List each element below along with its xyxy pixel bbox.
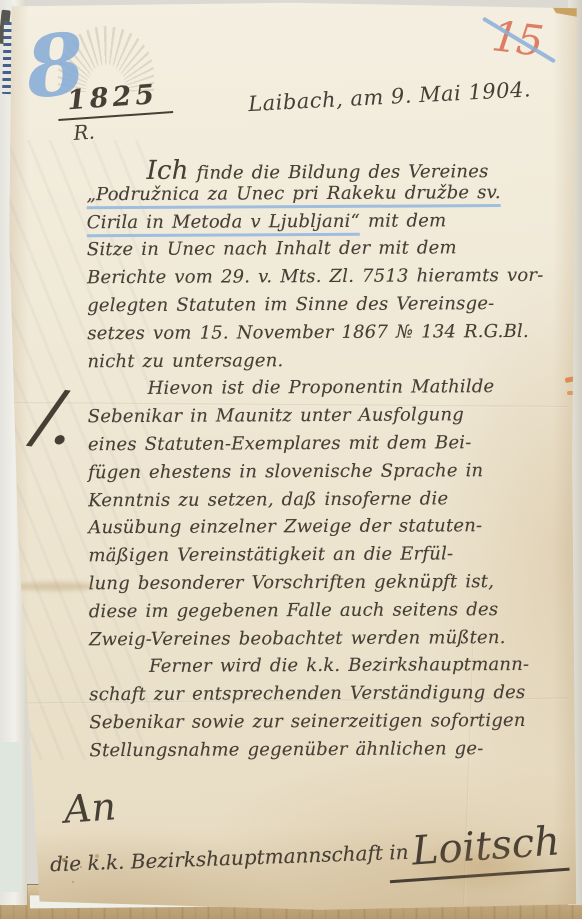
body-line: Sebenikar in Maunitz unter Ausfolgung [88,404,556,434]
body-line: Ausübung einzelner Zweige der statuten- [88,515,556,545]
body-line: eines Statuten-Exemplares mit dem Bei- [88,432,556,462]
document-paper: 8 1825 R. Laibach, am 9. Mai 1904. 15 /.… [0,0,582,919]
manuscript-text: setzes vom 15. November 1867 № 134 R.G.B… [87,321,529,344]
body-line: Ferner wird die k.k. Bezirkshauptmann- [89,654,557,684]
address-salutation: An [63,784,118,832]
manuscript-text: Stellungsnahme gegenüber ähnlichen ge- [89,738,483,761]
manuscript-text: Berichte vom 29. v. Mts. Zl. 7513 hieram… [87,265,544,288]
body-line: „Podružnica za Unec pri Rakeku družbe sv… [87,182,555,212]
body-line: mäßigen Vereinstätigkeit an die Erfül- [88,543,556,573]
manuscript-text: Hievon ist die Proponentin Mathilde [148,376,495,399]
manuscript-text: nicht zu untersagen. [87,350,283,372]
underlined-text: „Podružnica za Unec pri Rakeku družbe sv… [87,182,501,209]
body-line: gelegten Statuten im Sinne des Vereinsge… [87,293,555,323]
manuscript-text: Ferner wird die k.k. Bezirkshauptmann- [149,654,529,677]
body-line: Hievon ist die Proponentin Mathilde [88,376,556,406]
body-line: Sitze in Unec nach Inhalt der mit dem [87,237,555,267]
manuscript-text: Sebenikar in Maunitz unter Ausfolgung [88,404,464,427]
manuscript-text: mäßigen Vereinstätigkeit an die Erfül- [88,543,453,566]
body-line: Zweig-Vereines beobachtet werden müßten. [89,626,557,656]
underlined-text: Cirila in Metoda v Ljubljani“ [87,210,360,236]
dateline: Laibach, am 9. Mai 1904. [248,76,559,116]
manuscript-text: lung besonderer Vorschriften geknüpft is… [89,571,495,594]
body-line: nicht zu untersagen. [87,348,555,378]
paper-stain [14,582,96,591]
body-line: Cirila in Metoda v Ljubljani“ mit dem [87,209,555,239]
manuscript-text: mit dem [360,210,446,231]
document-photo: 8 1825 R. Laibach, am 9. Mai 1904. 15 /.… [0,0,582,919]
body-line: Stellungsnahme gegenüber ähnlichen ge- [89,738,557,768]
body-line: Kenntnis zu setzen, daß insoferne die [88,487,556,517]
underlying-page-edge [0,742,22,892]
address-place: Loitsch [386,818,569,883]
manuscript-text: schaft zur entsprechenden Verständigung … [89,682,525,705]
manuscript-text: Sitze in Unec nach Inhalt der mit dem [87,238,457,261]
manuscript-text: finde die Bildung des Vereines [189,161,489,184]
manuscript-text: diese im gegebenen Falle auch seitens de… [89,599,499,622]
manuscript-text: Kenntnis zu setzen, daß insoferne die [88,488,448,511]
manuscript-text: Zweig-Vereines beobachtet werden müßten. [89,627,506,650]
body-line: setzes vom 15. November 1867 № 134 R.G.B… [87,321,555,351]
address-recipient: die k.k. Bezirkshauptmannschaft in [50,840,411,877]
body-line: lung besonderer Vorschriften geknüpft is… [89,571,557,601]
manuscript-text: Ich [146,156,188,186]
body-line: diese im gegebenen Falle auch seitens de… [89,599,557,629]
body-line: fügen ehestens in slovenische Sprache in [88,460,556,490]
manuscript-text: gelegten Statuten im Sinne des Vereinsge… [87,293,494,316]
body-lines: Ich finde die Bildung des Vereines„Podru… [86,154,557,768]
body-line: Sebenikar sowie zur seinerzeitigen sofor… [89,710,557,740]
manuscript-text: Sebenikar sowie zur seinerzeitigen sofor… [89,710,525,733]
manuscript-text: eines Statuten-Exemplares mit dem Bei- [88,432,472,455]
registry-number-block: 1825 R. [56,78,175,146]
manuscript-text: Ausübung einzelner Zweige der statuten- [88,516,482,539]
body-line: Ich finde die Bildung des Vereines [86,154,554,184]
manuscript-text: fügen ehestens in slovenische Sprache in [88,460,483,483]
margin-reference-mark: /. [31,378,69,455]
body-line: schaft zur entsprechenden Verständigung … [89,682,557,712]
body-line: Berichte vom 29. v. Mts. Zl. 7513 hieram… [87,265,555,295]
